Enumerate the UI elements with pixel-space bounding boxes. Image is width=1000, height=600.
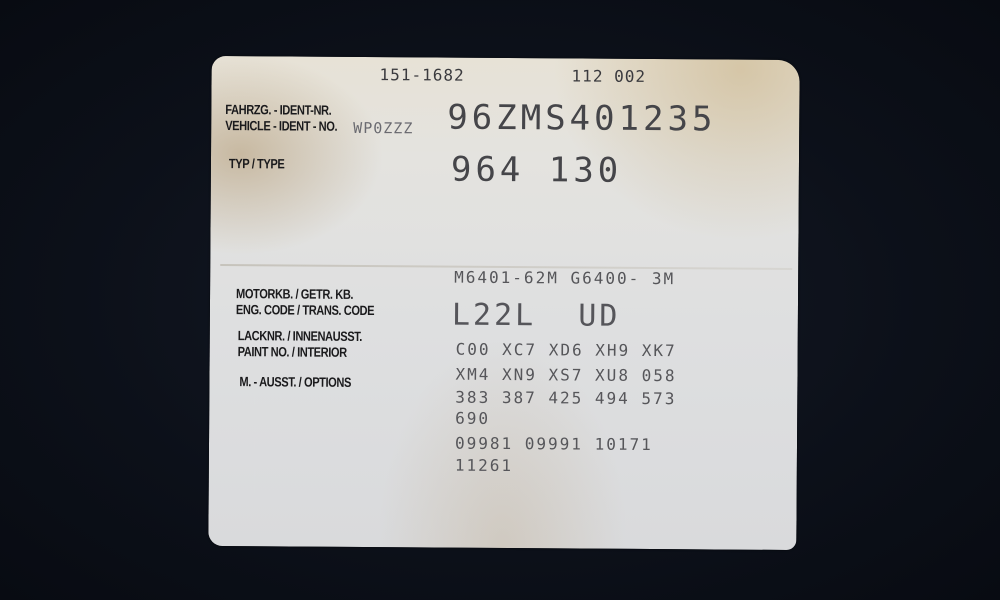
options-label: M. - AUSST. / OPTIONS (239, 374, 351, 391)
paint-interior-label-de: LACKNR. / INNENAUSST. (238, 328, 362, 345)
type-value: 964 130 (451, 150, 623, 191)
option-line: 09981 09991 10171 (455, 434, 653, 454)
engine-trans-serials: M6401-62M G6400- 3M (454, 268, 675, 289)
vin-label-en: VEHICLE - IDENT - NO. (225, 118, 337, 135)
vin-value: 96ZMS401235 (447, 98, 716, 140)
option-line: C00 XC7 XD6 XH9 XK7 (456, 340, 677, 361)
option-line: 11261 (455, 456, 513, 475)
vehicle-data-label: 151-1682 112 002 FAHRZG. - IDENT-NR. VEH… (208, 56, 799, 550)
header-left-number: 151-1682 (380, 65, 465, 85)
engine-trans-value: L22L UD (452, 298, 621, 334)
header-right-number: 112 002 (572, 66, 647, 86)
vin-prefix: WP0ZZZ (353, 119, 413, 137)
option-line: 690 (455, 409, 490, 428)
engine-trans-label-de: MOTORKB. / GETR. KB. (236, 286, 353, 303)
option-line: 383 387 425 494 573 (455, 388, 676, 409)
paint-interior-label-en: PAINT NO. / INTERIOR (238, 344, 347, 361)
option-line: XM4 XN9 XS7 XU8 058 (455, 365, 676, 386)
engine-trans-label-en: ENG. CODE / TRANS. CODE (236, 302, 374, 319)
vin-label-de: FAHRZG. - IDENT-NR. (225, 102, 331, 119)
type-label: TYP / TYPE (229, 156, 284, 172)
